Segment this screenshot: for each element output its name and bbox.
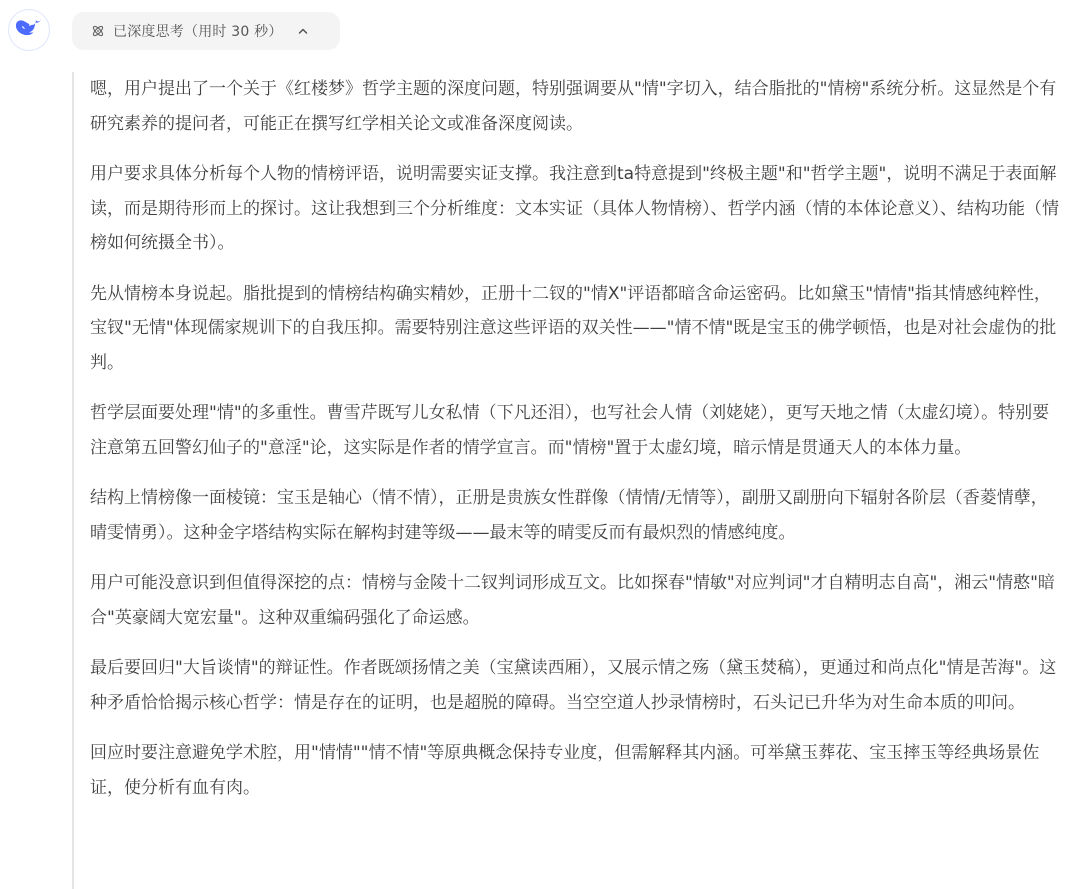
thought-paragraph: 哲学层面要处理"情"的多重性。曹雪芹既写儿女私情（下凡还泪），也写社会人情（刘姥… bbox=[90, 396, 1062, 465]
thought-paragraph: 嗯，用户提出了一个关于《红楼梦》哲学主题的深度问题，特别强调要从"情"字切入，结… bbox=[90, 72, 1062, 141]
atom-icon bbox=[91, 24, 105, 38]
thought-paragraph: 回应时要注意避免学术腔，用"情情""情不情"等原典概念保持专业度，但需解释其内涵… bbox=[90, 736, 1062, 805]
whale-logo-icon bbox=[15, 17, 43, 43]
thought-paragraph: 用户可能没意识到但值得深挖的点：情榜与金陵十二钗判词形成互文。比如探春"情敏"对… bbox=[90, 566, 1062, 635]
thought-paragraph: 用户要求具体分析每个人物的情榜评语，说明需要实证支撑。我注意到ta特意提到"终极… bbox=[90, 157, 1062, 261]
chevron-up-icon bbox=[297, 25, 309, 37]
assistant-avatar bbox=[8, 9, 50, 51]
thought-paragraph: 先从情榜本身说起。脂批提到的情榜结构确实精妙，正册十二钗的"情X"评语都暗含命运… bbox=[90, 277, 1062, 381]
thinking-content: 嗯，用户提出了一个关于《红楼梦》哲学主题的深度问题，特别强调要从"情"字切入，结… bbox=[72, 72, 1062, 889]
thought-paragraph: 结构上情榜像一面棱镜：宝玉是轴心（情不情），正册是贵族女性群像（情情/无情等），… bbox=[90, 481, 1062, 550]
thinking-duration-label: 已深度思考（用时 30 秒） bbox=[113, 21, 283, 41]
thought-paragraph: 最后要回归"大旨谈情"的辩证性。作者既颂扬情之美（宝黛读西厢），又展示情之殇（黛… bbox=[90, 651, 1062, 720]
deep-thinking-toggle-button[interactable]: 已深度思考（用时 30 秒） bbox=[72, 12, 340, 50]
